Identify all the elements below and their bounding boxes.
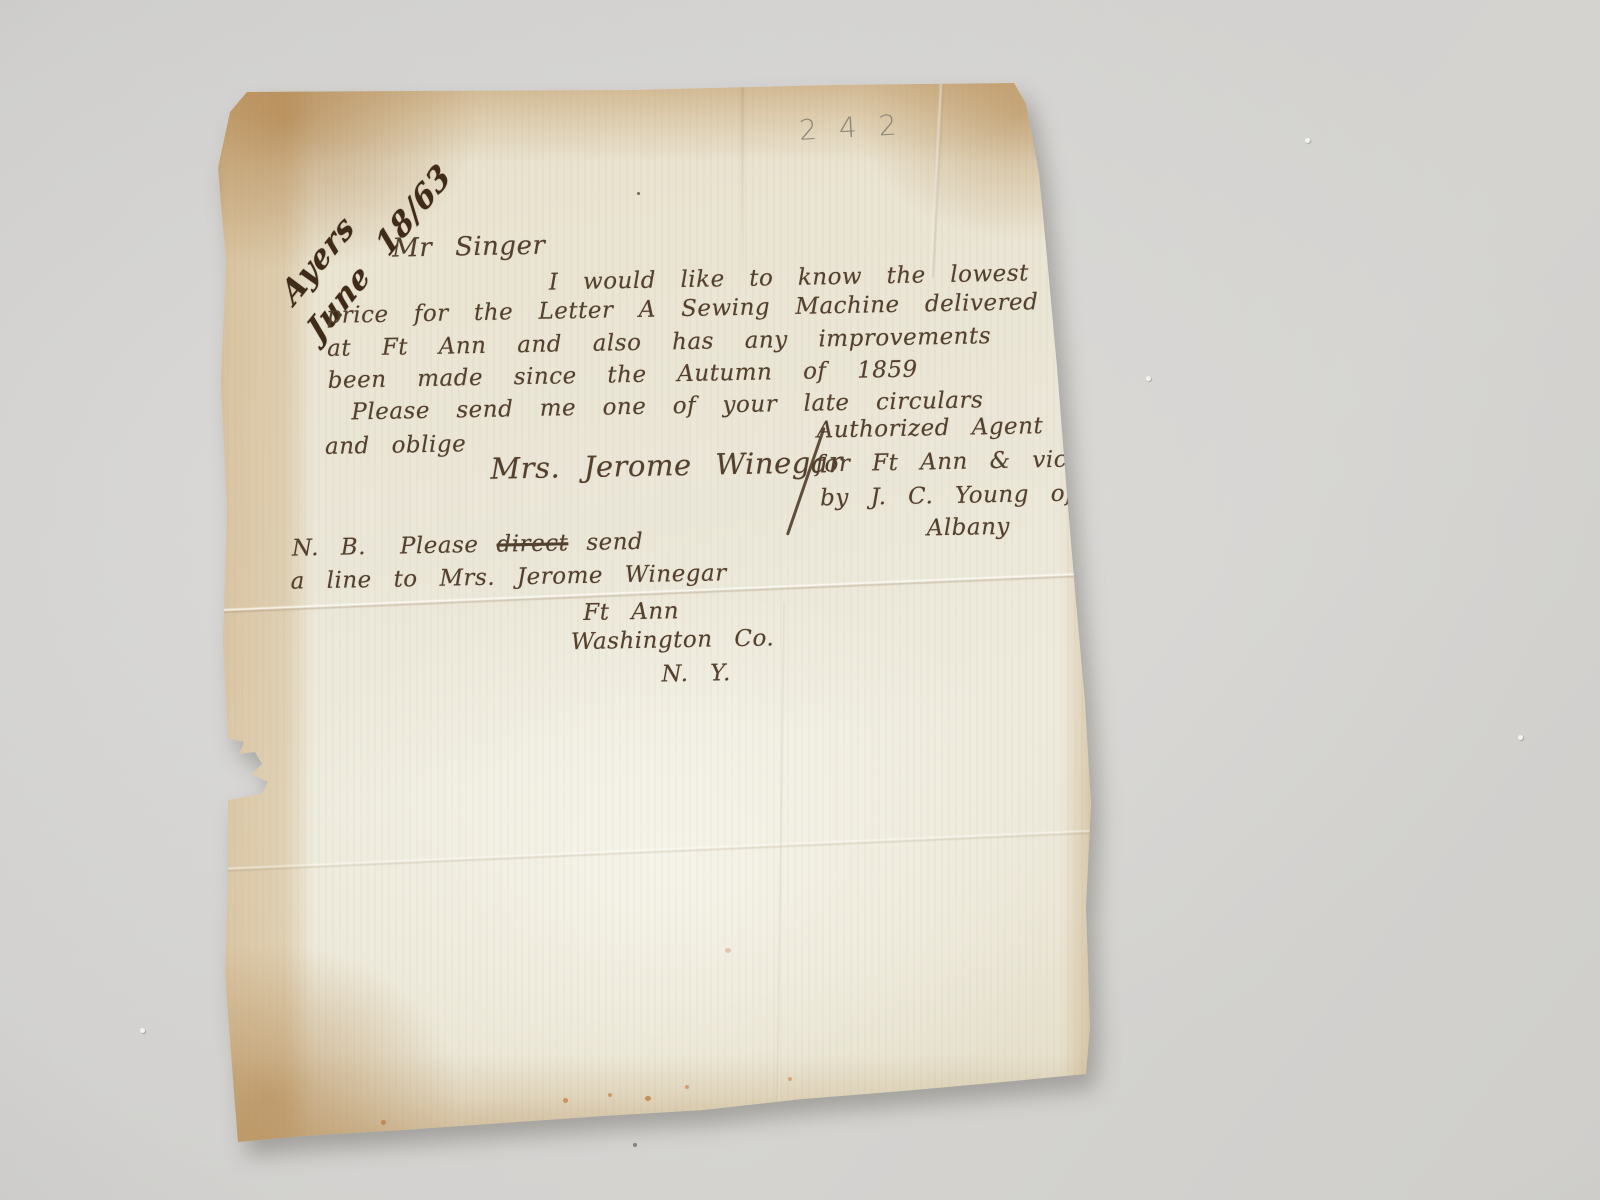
letter-paper: Ayers June 18/63 242 Mr Singer I would l…: [213, 82, 1095, 1144]
letter-paper-wrapper: Ayers June 18/63 242 Mr Singer I would l…: [213, 82, 1095, 1144]
page-number: 242: [798, 107, 919, 146]
postscript-suffix: send: [586, 529, 643, 556]
photo-of-letter: Ayers June 18/63 242 Mr Singer I would l…: [0, 0, 1600, 1200]
agent-note-line-3: by J. C. Young of: [820, 481, 1074, 512]
letter-content: Ayers June 18/63 242 Mr Singer I would l…: [213, 65, 1115, 1144]
agent-note-line-4: Albany: [926, 514, 1010, 542]
wall-speck: [1518, 735, 1523, 740]
address-line-1: Ft Ann: [583, 598, 679, 626]
postscript-verb: Please: [400, 532, 479, 560]
address-line-2: Washington Co.: [571, 625, 775, 655]
address-line-3: N. Y.: [661, 660, 731, 687]
body-line-6: and oblige: [325, 431, 467, 460]
body-line-4: been made since the Autumn of 1859: [328, 357, 918, 394]
wall-speck: [1305, 138, 1310, 143]
salutation-line: Mr Singer: [392, 231, 546, 264]
signature-line: Mrs. Jerome Winegar: [490, 445, 843, 486]
agent-note-line-2: for Ft Ann & vicinity: [815, 446, 1121, 478]
postscript-nb: N. B.: [292, 534, 366, 561]
body-line-2: price for the Letter A Sewing Machine de…: [326, 289, 1038, 329]
wall-speck: [1146, 376, 1151, 381]
postscript-struck-word: direct: [496, 530, 568, 557]
wall-speck: [140, 1028, 145, 1033]
agent-note-line-1: Authorized Agent: [817, 413, 1044, 443]
postscript-line-2: a line to Mrs. Jerome Winegar: [290, 560, 727, 594]
postscript-line-1: N. B.Pleasedirectsend: [292, 529, 644, 562]
